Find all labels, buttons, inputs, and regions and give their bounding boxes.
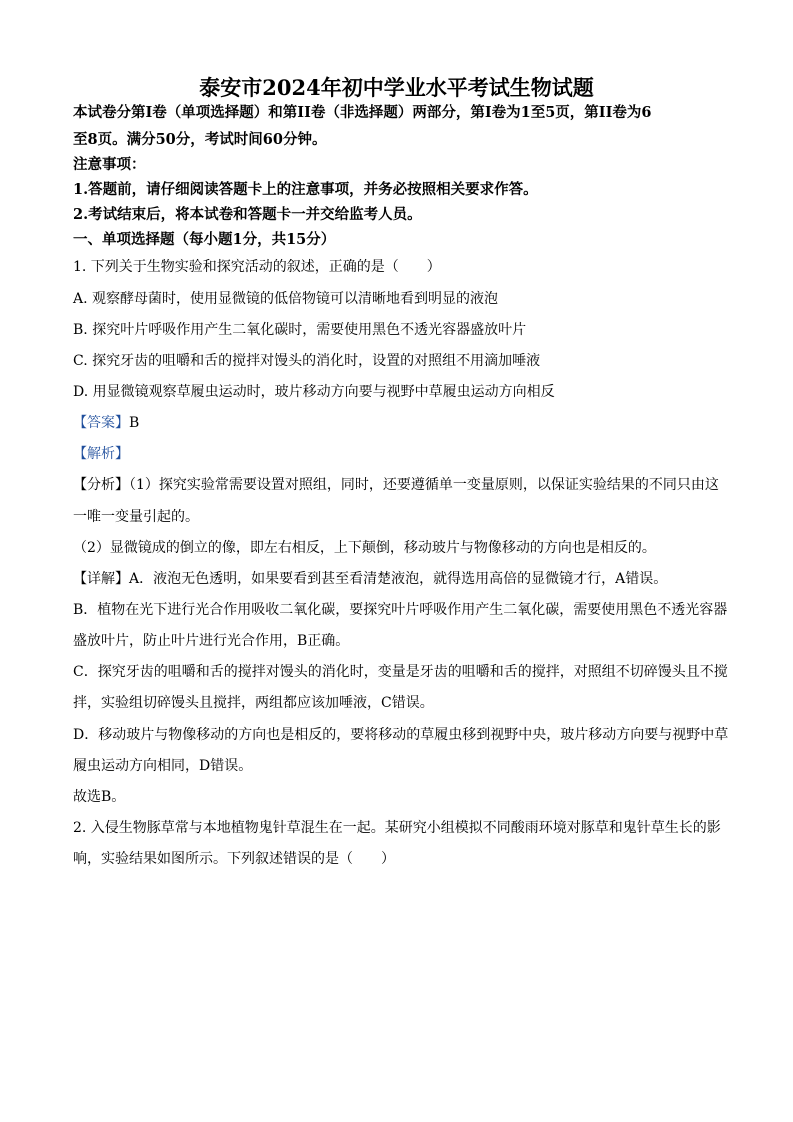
notice-1: 1.答题前，请仔细阅读答题卡上的注意事项，并务必按照相关要求作答。 [73, 181, 538, 199]
question-1-option-d: D. 用显微镜观察草履虫运动时，玻片移动方向要与视野中草履虫运动方向相反 [73, 383, 555, 401]
exam-page: 泰安市2024年初中学业水平考试生物试题 本试卷分第I卷（单项选择题）和第II卷… [0, 0, 793, 1122]
question-1-option-a: A. 观察酵母菌时，使用显微镜的低倍物镜可以清晰地看到明显的液泡 [73, 290, 498, 308]
xiangjie-line-4: C．探究牙齿的咀嚼和舌的搅拌对馒头的消化时，变量是牙齿的咀嚼和舌的搅拌，对照组不… [73, 663, 728, 681]
fenxi-line-2: 一唯一变量引起的。 [73, 508, 199, 526]
fenxi-tag: 【分析】 [73, 477, 129, 493]
question-2-stem-1: 2. 入侵生物豚草常与本地植物鬼针草混生在一起。某研究小组模拟不同酸雨环境对豚草… [73, 819, 721, 837]
xiangjie-tag: 【详解】 [73, 571, 129, 587]
answer-tag: 【答案】 [73, 415, 129, 431]
xiangjie-line-2: B．植物在光下进行光合作用吸收二氧化碳，要探究叶片呼吸作用产生二氧化碳，需要使用… [73, 601, 727, 619]
answer-value: B [129, 415, 139, 431]
notice-2: 2.考试结束后，将本试卷和答题卡一并交给监考人员。 [73, 206, 422, 224]
analysis-tag: 【解析】 [73, 446, 129, 462]
section-heading: 一、单项选择题（每小题1分，共15分） [73, 231, 335, 249]
question-1-option-b: B. 探究叶片呼吸作用产生二氧化碳时，需要使用黑色不透光容器盛放叶片 [73, 321, 526, 339]
question-2-stem-2: 响，实验结果如图所示。下列叙述错误的是（ ） [73, 850, 395, 868]
intro-line-2: 至8页。满分50分，考试时间60分钟。 [73, 131, 326, 149]
xiangjie-text-1: A．液泡无色透明，如果要看到甚至看清楚液泡，就得选用高倍的显微镜才行，A错误。 [129, 571, 667, 587]
fenxi-line-1: 【分析】（1）探究实验常需要设置对照组，同时，还要遵循单一变量原则，以保证实验结… [73, 476, 719, 494]
answer-line: 【答案】B [73, 414, 139, 432]
xiangjie-line-6: D．移动玻片与物像移动的方向也是相反的，要将移动的草履虫移到视野中央，玻片移动方… [73, 726, 728, 744]
question-1-option-c: C. 探究牙齿的咀嚼和舌的搅拌对馒头的消化时，设置的对照组不用滴加唾液 [73, 352, 540, 370]
notice-heading: 注意事项： [73, 156, 146, 174]
xiangjie-line-1: 【详解】A．液泡无色透明，如果要看到甚至看清楚液泡，就得选用高倍的显微镜才行，A… [73, 570, 667, 588]
xiangjie-line-7: 履虫运动方向相同，D错误。 [73, 757, 252, 775]
page-title: 泰安市2024年初中学业水平考试生物试题 [0, 72, 793, 102]
conclusion-line: 故选B。 [73, 788, 125, 806]
fenxi-text-1: （1）探究实验常需要设置对照组，同时，还要遵循单一变量原则，以保证实验结果的不同… [129, 477, 719, 493]
fenxi-line-3: （2）显微镜成的倒立的像，即左右相反，上下颠倒，移动玻片与物像移动的方向也是相反… [73, 539, 656, 557]
analysis-line: 【解析】 [73, 445, 129, 463]
xiangjie-line-5: 拌，实验组切碎馒头且搅拌，两组都应该加唾液，C错误。 [73, 694, 434, 712]
question-1-stem: 1. 下列关于生物实验和探究活动的叙述，正确的是（ ） [73, 258, 441, 276]
intro-line-1: 本试卷分第I卷（单项选择题）和第II卷（非选择题）两部分，第I卷为1至5页，第I… [73, 104, 651, 122]
xiangjie-line-3: 盛放叶片，防止叶片进行光合作用，B正确。 [73, 632, 349, 650]
